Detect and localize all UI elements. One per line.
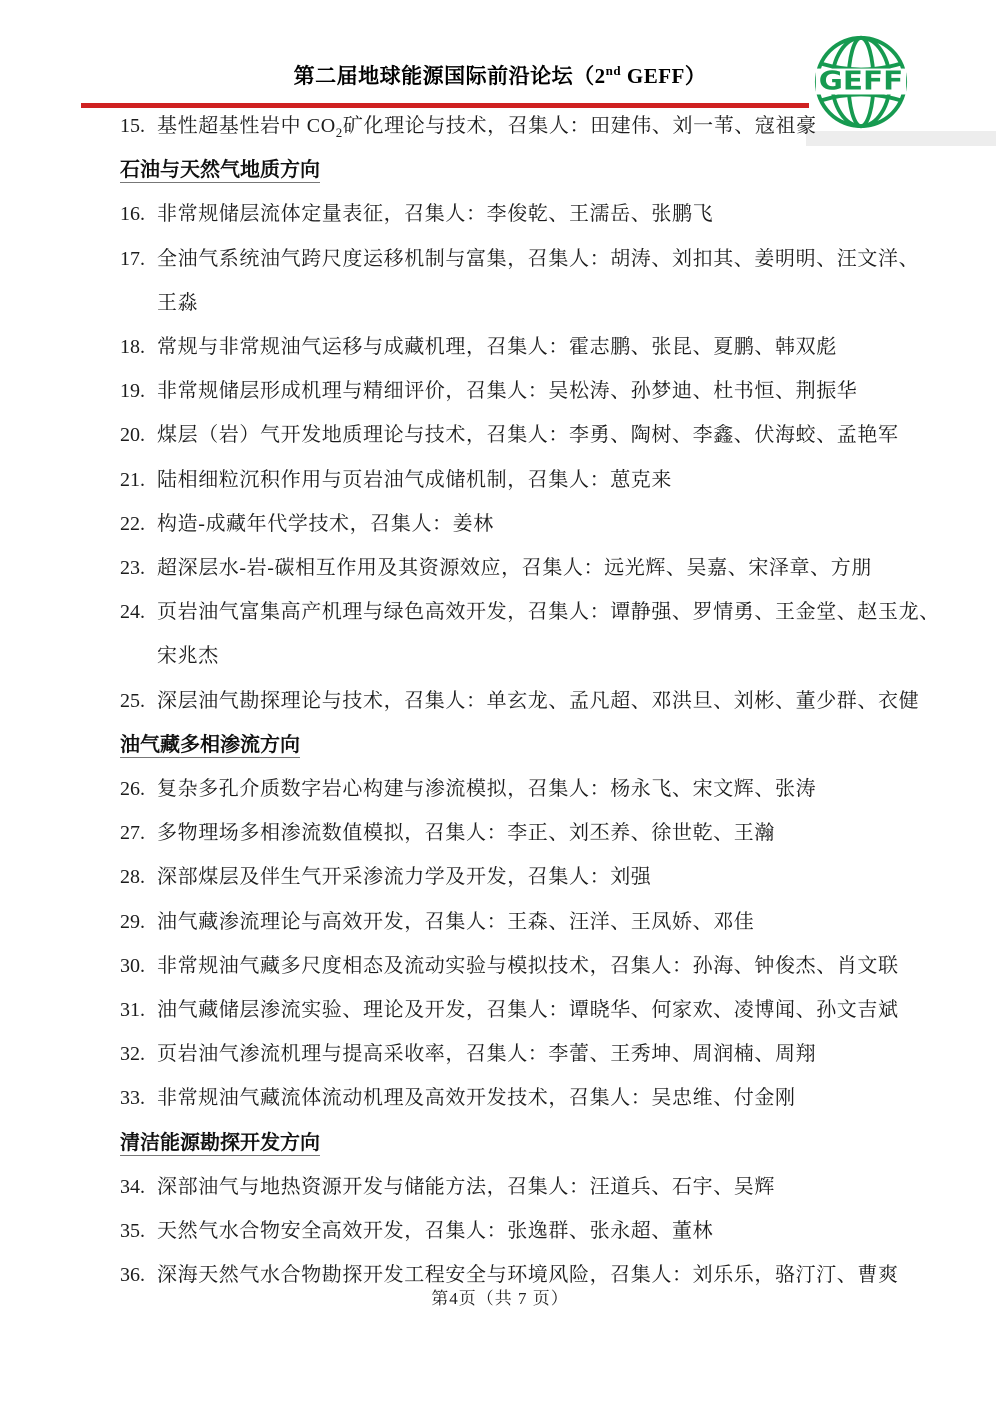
section-heading: 油气藏多相渗流方向 <box>120 723 942 767</box>
list-item: 16.非常规储层流体定量表征，召集人：李俊乾、王濡岳、张鹏飞 <box>120 192 942 236</box>
item-number: 25. <box>120 679 157 723</box>
item-text: 页岩油气渗流机理与提高采收率，召集人：李蕾、王秀坤、周润楠、周翔 <box>157 1032 816 1076</box>
list-item: 15.基性超基性岩中 CO2矿化理论与技术，召集人：田建伟、刘一苇、寇祖豪 <box>120 104 942 148</box>
list-item: 30.非常规油气藏多尺度相态及流动实验与模拟技术，召集人：孙海、钟俊杰、肖文联 <box>120 944 942 988</box>
item-number: 27. <box>120 811 157 855</box>
item-text: 煤层（岩）气开发地质理论与技术，召集人：李勇、陶树、李鑫、伏海蛟、孟艳军 <box>157 413 899 457</box>
item-number: 26. <box>120 767 157 811</box>
item-text: 非常规储层流体定量表征，召集人：李俊乾、王濡岳、张鹏飞 <box>157 192 713 236</box>
item-text: 油气藏储层渗流实验、理论及开发，召集人：谭晓华、何家欢、凌博闻、孙文吉斌 <box>157 988 899 1032</box>
page-title-superscript: nd <box>606 63 621 78</box>
item-number: 23. <box>120 546 157 590</box>
section-heading-label: 清洁能源勘探开发方向 <box>120 1132 320 1156</box>
list-item: 35.天然气水合物安全高效开发，召集人：张逸群、张永超、董林 <box>120 1209 942 1253</box>
item-number: 35. <box>120 1209 157 1253</box>
item-text: 复杂多孔介质数字岩心构建与渗流模拟，召集人：杨永飞、宋文辉、张涛 <box>157 767 816 811</box>
page-title-suffix: GEFF） <box>621 64 706 88</box>
section-heading: 清洁能源勘探开发方向 <box>120 1121 942 1165</box>
item-number: 30. <box>120 944 157 988</box>
list-item: 21.陆相细粒沉积作用与页岩油气成储机制，召集人：葸克来 <box>120 458 942 502</box>
item-number: 28. <box>120 855 157 899</box>
item-text: 非常规油气藏流体流动机理及高效开发技术，召集人：吴忠维、付金刚 <box>157 1076 796 1120</box>
footer-page-number: 第4页（共 7 页） <box>0 1284 1000 1309</box>
item-text: 深部煤层及伴生气开采渗流力学及开发，召集人：刘强 <box>157 855 651 899</box>
list-item: 33.非常规油气藏流体流动机理及高效开发技术，召集人：吴忠维、付金刚 <box>120 1076 942 1120</box>
list-item: 32.页岩油气渗流机理与提高采收率，召集人：李蕾、王秀坤、周润楠、周翔 <box>120 1032 942 1076</box>
page-title-prefix: 第二届地球能源国际前沿论坛（2 <box>294 64 606 88</box>
item-text: 多物理场多相渗流数值模拟，召集人：李正、刘丕养、徐世乾、王瀚 <box>157 811 775 855</box>
item-number: 34. <box>120 1165 157 1209</box>
item-number: 20. <box>120 413 157 457</box>
item-text: 基性超基性岩中 CO2矿化理论与技术，召集人：田建伟、刘一苇、寇祖豪 <box>157 104 817 148</box>
list-item: 34.深部油气与地热资源开发与储能方法，召集人：汪道兵、石宇、吴辉 <box>120 1165 942 1209</box>
list-item: 20.煤层（岩）气开发地质理论与技术，召集人：李勇、陶树、李鑫、伏海蛟、孟艳军 <box>120 413 942 457</box>
list-item: 27.多物理场多相渗流数值模拟，召集人：李正、刘丕养、徐世乾、王瀚 <box>120 811 942 855</box>
item-text: 构造-成藏年代学技术，召集人：姜林 <box>157 502 494 546</box>
list-item: 17.全油气系统油气跨尺度运移机制与富集，召集人：胡涛、刘扣其、姜明明、汪文洋、… <box>120 237 942 325</box>
item-number: 21. <box>120 458 157 502</box>
item-text: 全油气系统油气跨尺度运移机制与富集，召集人：胡涛、刘扣其、姜明明、汪文洋、 王淼 <box>157 237 919 325</box>
item-text: 非常规油气藏多尺度相态及流动实验与模拟技术，召集人：孙海、钟俊杰、肖文联 <box>157 944 899 988</box>
list-item: 19.非常规储层形成机理与精细评价，召集人：吴松涛、孙梦迪、杜书恒、荆振华 <box>120 369 942 413</box>
item-text: 深部油气与地热资源开发与储能方法，召集人：汪道兵、石宇、吴辉 <box>157 1165 775 1209</box>
list-item: 22.构造-成藏年代学技术，召集人：姜林 <box>120 502 942 546</box>
item-number: 19. <box>120 369 157 413</box>
item-number: 17. <box>120 237 157 325</box>
item-text: 陆相细粒沉积作用与页岩油气成储机制，召集人：葸克来 <box>157 458 672 502</box>
item-text: 油气藏渗流理论与高效开发，召集人：王森、汪洋、王凤娇、邓佳 <box>157 900 754 944</box>
item-number: 29. <box>120 900 157 944</box>
list-item: 28.深部煤层及伴生气开采渗流力学及开发，召集人：刘强 <box>120 855 942 899</box>
item-number: 15. <box>120 104 157 148</box>
item-number: 18. <box>120 325 157 369</box>
item-number: 16. <box>120 192 157 236</box>
item-number: 24. <box>120 590 157 678</box>
list-item: 24.页岩油气富集高产机理与绿色高效开发，召集人：谭静强、罗情勇、王金堂、赵玉龙… <box>120 590 942 678</box>
item-number: 22. <box>120 502 157 546</box>
list-item: 29.油气藏渗流理论与高效开发，召集人：王森、汪洋、王凤娇、邓佳 <box>120 900 942 944</box>
item-number: 31. <box>120 988 157 1032</box>
content-list: 15.基性超基性岩中 CO2矿化理论与技术，召集人：田建伟、刘一苇、寇祖豪石油与… <box>120 104 942 1297</box>
list-item: 31.油气藏储层渗流实验、理论及开发，召集人：谭晓华、何家欢、凌博闻、孙文吉斌 <box>120 988 942 1032</box>
list-item: 26.复杂多孔介质数字岩心构建与渗流模拟，召集人：杨永飞、宋文辉、张涛 <box>120 767 942 811</box>
item-number: 32. <box>120 1032 157 1076</box>
section-heading-label: 石油与天然气地质方向 <box>120 159 320 183</box>
item-text: 页岩油气富集高产机理与绿色高效开发，召集人：谭静强、罗情勇、王金堂、赵玉龙、 宋… <box>157 590 940 678</box>
section-heading: 石油与天然气地质方向 <box>120 148 942 192</box>
item-text: 常规与非常规油气运移与成藏机理，召集人：霍志鹏、张昆、夏鹏、韩双彪 <box>157 325 837 369</box>
svg-text:GEFF: GEFF <box>819 67 903 97</box>
item-text: 超深层水-岩-碳相互作用及其资源效应，召集人：远光辉、吴嘉、宋泽章、方朋 <box>157 546 872 590</box>
section-heading-label: 油气藏多相渗流方向 <box>120 734 300 758</box>
list-item: 25.深层油气勘探理论与技术，召集人：单玄龙、孟凡超、邓洪旦、刘彬、董少群、衣健 <box>120 679 942 723</box>
item-text: 深层油气勘探理论与技术，召集人：单玄龙、孟凡超、邓洪旦、刘彬、董少群、衣健 <box>157 679 919 723</box>
item-text: 非常规储层形成机理与精细评价，召集人：吴松涛、孙梦迪、杜书恒、荆振华 <box>157 369 857 413</box>
item-number: 33. <box>120 1076 157 1120</box>
item-text: 天然气水合物安全高效开发，召集人：张逸群、张永超、董林 <box>157 1209 713 1253</box>
list-item: 18.常规与非常规油气运移与成藏机理，召集人：霍志鹏、张昆、夏鹏、韩双彪 <box>120 325 942 369</box>
list-item: 23.超深层水-岩-碳相互作用及其资源效应，召集人：远光辉、吴嘉、宋泽章、方朋 <box>120 546 942 590</box>
